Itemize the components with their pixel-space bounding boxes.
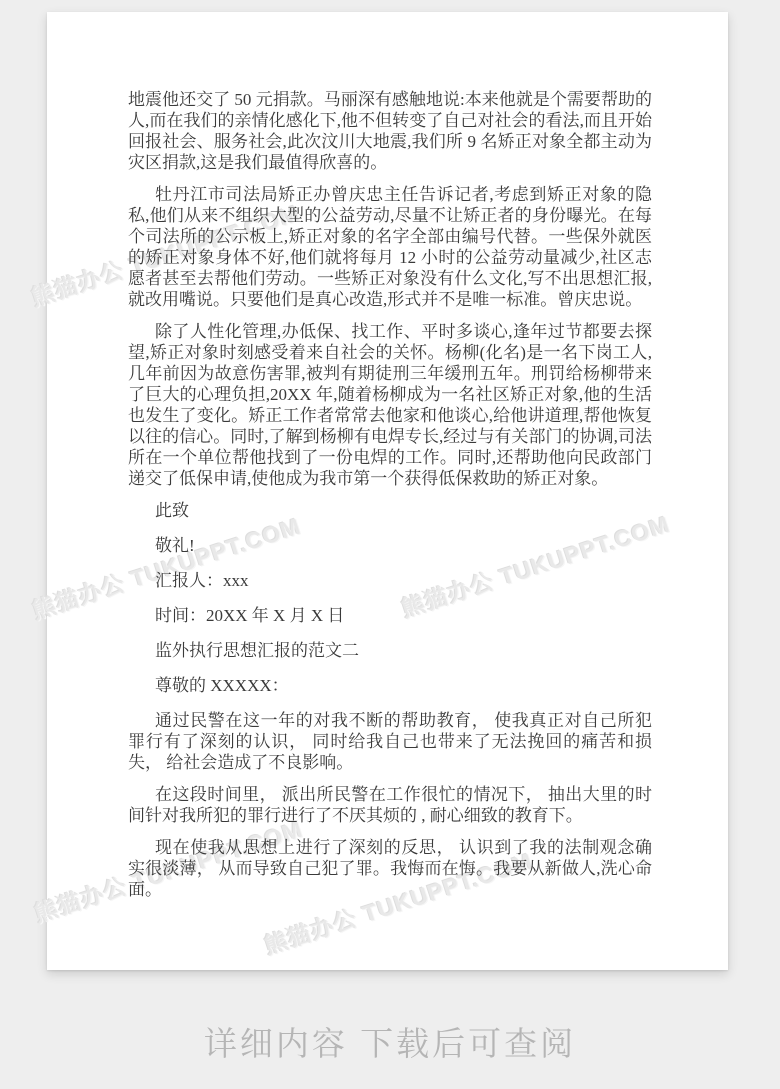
document-page: 熊猫办公 TUKUPPT.COM 熊猫办公 TUKUPPT.COM 熊猫办公 T… <box>47 12 728 970</box>
paragraph-justice-bureau: 牡丹江市司法局矫正办曾庆忠主任告诉记者,考虑到矫正对象的隐私,他们从来不组织大型… <box>128 184 652 310</box>
salutation-line: 尊敬的 XXXXX： <box>128 675 652 696</box>
closing-salute: 敬礼! <box>128 535 652 556</box>
paragraph-police-education: 通过民警在这一年的对我不断的帮助教育， 使我真正对自己所犯罪行有了深刻的认识， … <box>128 710 652 773</box>
paragraph-patient-teaching: 在这段时间里， 派出所民警在工作很忙的情况下， 抽出大里的时间针对我所犯的罪行进… <box>128 784 652 826</box>
document-content: 地震他还交了 50 元捐款。马丽深有感触地说:本来他就是个需要帮助的人,而在我们… <box>47 12 728 900</box>
paragraph-reflection: 现在使我从思想上进行了深刻的反思， 认识到了我的法制观念确实很淡薄， 从而导致自… <box>128 837 652 900</box>
section-title-essay-two: 监外执行思想汇报的范文二 <box>128 640 652 661</box>
reporter-line: 汇报人：xxx <box>128 570 652 591</box>
footer-caption: 详细内容 下载后可查阅 <box>0 1018 780 1065</box>
paragraph-donation-continuation: 地震他还交了 50 元捐款。马丽深有感触地说:本来他就是个需要帮助的人,而在我们… <box>128 89 652 173</box>
paragraph-humanized-management: 除了人性化管理,办低保、找工作、平时多谈心,逢年过节都要去探望,矫正对象时刻感受… <box>128 321 652 489</box>
date-line: 时间：20XX 年 X 月 X 日 <box>128 605 652 626</box>
document-preview-viewport: 熊猫办公 TUKUPPT.COM 熊猫办公 TUKUPPT.COM 熊猫办公 T… <box>0 0 780 1089</box>
closing-cizhi: 此致 <box>128 500 652 521</box>
